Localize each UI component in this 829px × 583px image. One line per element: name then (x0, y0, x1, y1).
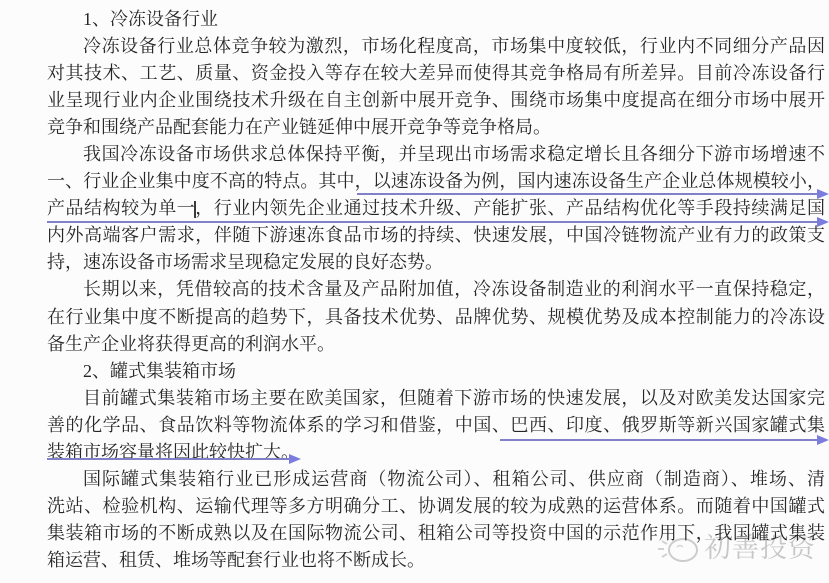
text-line: 业呈现行业内企业围绕技术升级在自主创新中展开竞争、围绕市场集中度提高在细分市场中… (47, 87, 825, 114)
text-line: 装箱市场容量将因此较快扩大。 (47, 439, 825, 466)
annotation-arrow-4-icon (289, 454, 301, 464)
text-line: 善的化学品、食品饮料等物流体系的学习和借鉴，中国、巴西、印度、俄罗斯等新兴国家罐… (47, 412, 825, 439)
annotation-arrow-1-icon (817, 189, 829, 199)
text-line: 箱运营、租赁、堆场等配套行业也将不断成长。 (47, 547, 825, 574)
text-line: 国际罐式集装箱行业已形成运营商（物流公司）、租箱公司、供应商（制造商）、堆场、清 (47, 466, 825, 493)
text-line: 一、行业企业集中度不高的特点。其中，以速冻设备为例，国内速冻设备生产企业总体规模… (47, 168, 825, 195)
annotation-underline-1 (357, 193, 817, 195)
document-body: 1、冷冻设备行业 冷冻设备行业总体竞争较为激烈，市场化程度高，市场集中度较低，行… (47, 6, 825, 574)
text-line: 在行业集中度不断提高的趋势下，具备技术优势、品牌优势、规模优势及成本控制能力的冷… (47, 304, 825, 331)
text-line: 对其技术、工艺、质量、资金投入等存在较大差异而使得其竞争格局有所差异。目前冷冻设… (47, 60, 825, 87)
text-line: 集装箱市场的不断成熟以及在国际物流公司、租箱公司等投资中国的示范作用下，我国罐式… (47, 520, 825, 547)
text-line: 内外高端客户需求，伴随下游速冻食品市场的持续、快速发展，中国冷链物流产业有力的政… (47, 222, 825, 249)
text-line: 长期以来，凭借较高的技术含量及产品附加值，冷冻设备制造业的利润水平一直保持稳定， (47, 276, 825, 303)
section-heading-1: 1、冷冻设备行业 (47, 6, 825, 33)
text-line: 我国冷冻设备市场供求总体保持平衡，并呈现出市场需求稳定增长且各细分下游市场增速不 (47, 141, 825, 168)
annotation-underline-2 (47, 221, 817, 223)
annotation-underline-4 (47, 458, 289, 460)
text-line: 产品结构较为单一，行业内领先企业通过技术升级、产能扩张、产品结构优化等手段持续满… (47, 195, 825, 222)
text-line: 持，速冻设备市场需求呈现稳定发展的良好态势。 (47, 249, 825, 276)
text-line: 目前罐式集装箱市场主要在欧美国家，但随着下游市场的快速发展，以及对欧美发达国家完 (47, 385, 825, 412)
annotation-arrow-3-icon (817, 435, 829, 445)
section-heading-2: 2、罐式集装箱市场 (47, 358, 825, 385)
annotation-underline-3 (500, 439, 817, 441)
text-line: 竞争和围绕产品配套能力在产业链延伸中展开竞争等竞争格局。 (47, 114, 825, 141)
text-line: 备生产企业将获得更高的利润水平。 (47, 331, 825, 358)
text-cursor (194, 201, 196, 218)
text-line: 洗站、检验机构、运输代理等多方明确分工、协调发展的较为成熟的运营体系。而随着中国… (47, 493, 825, 520)
text-line: 冷冻设备行业总体竞争较为激烈，市场化程度高，市场集中度较低，行业内不同细分产品因 (47, 33, 825, 60)
annotation-arrow-2-icon (817, 217, 829, 227)
